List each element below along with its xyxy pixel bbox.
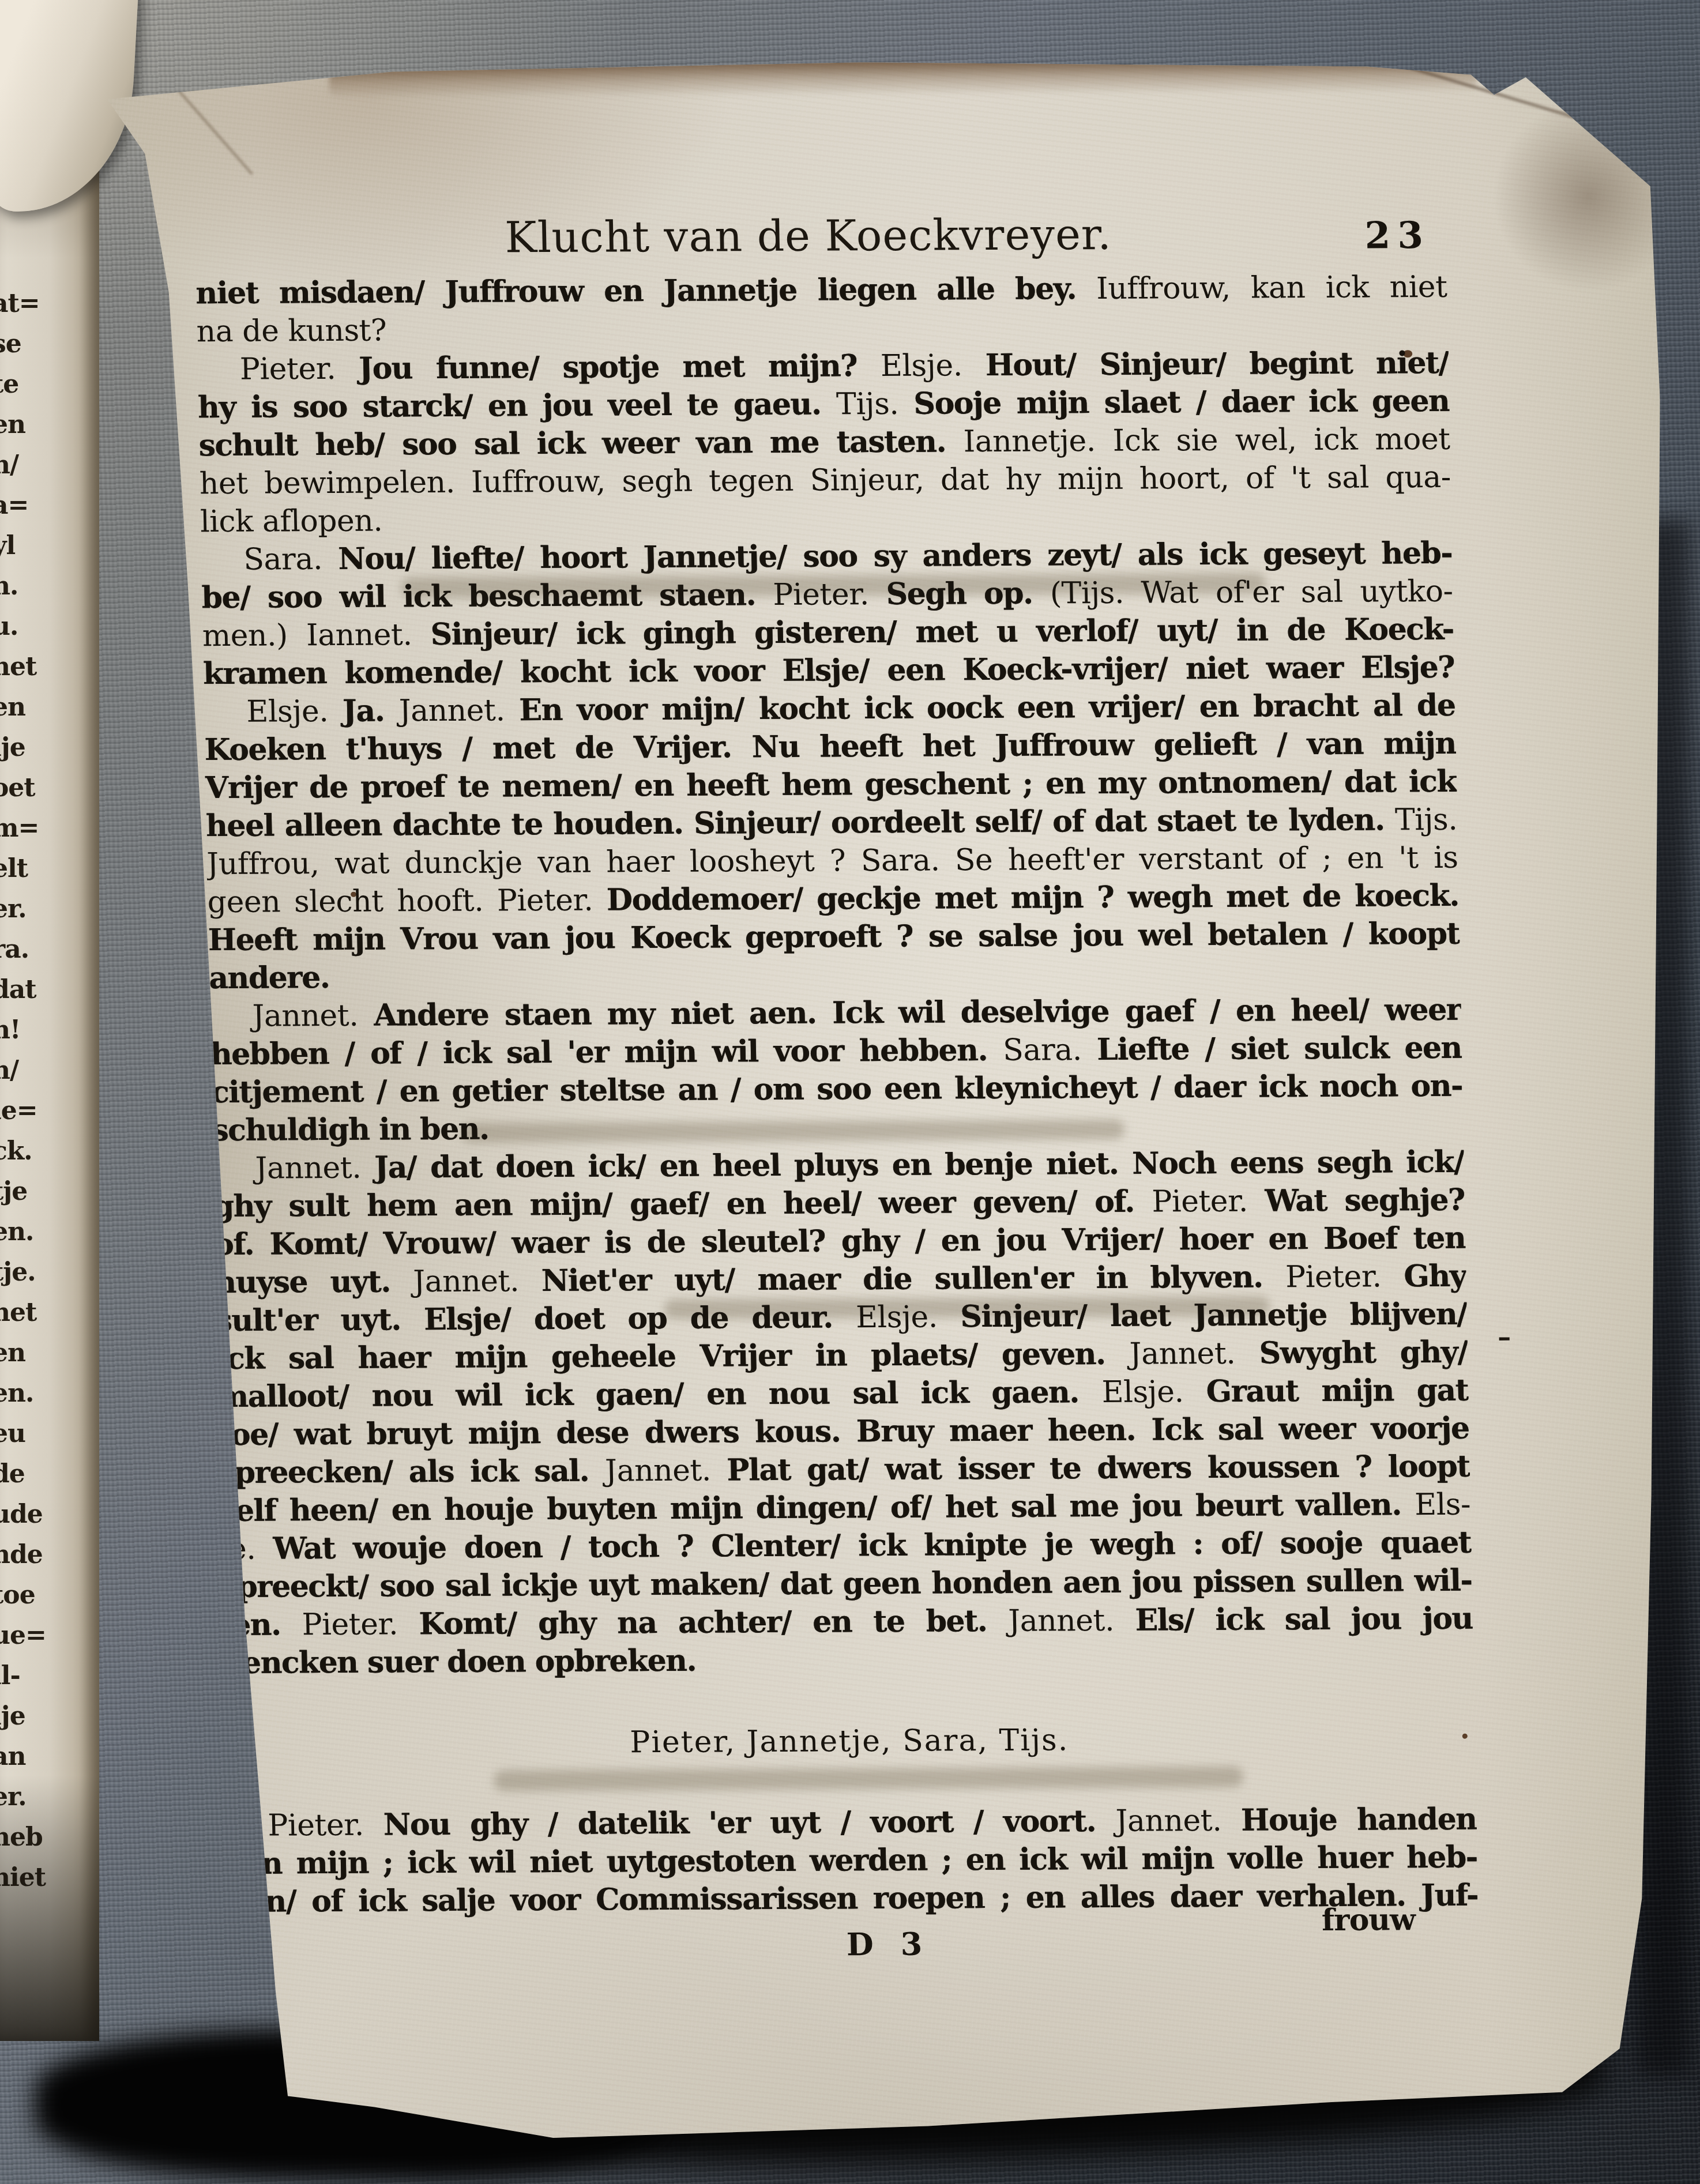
- text-line: kramen komende/ kocht ick voor Elsje/ ee…: [203, 649, 1455, 693]
- final-paragraph: Pieter. Nou ghy / datelik 'er uyt / voor…: [225, 1801, 1479, 1921]
- book-page: – Klucht van de Koeckvreyer. 23 niet mis…: [81, 49, 1677, 2150]
- page-text-block: Klucht van de Koeckvreyer. 23 niet misda…: [194, 212, 1480, 1985]
- roman-segment: Tijs.: [836, 387, 914, 422]
- facing-page-text-fragment: en: [0, 405, 84, 445]
- facing-page-edge: at=seteenn/a=yln.u.hetenljeoetm=elter.ra…: [0, 144, 99, 2041]
- facing-page-text-fragment: ue=: [0, 1616, 84, 1656]
- roman-segment: Elsje.: [246, 694, 343, 729]
- text-line: geen slecht hooft. Pieter. Doddemoer/ ge…: [207, 877, 1459, 921]
- blackletter-segment: niet misdaen/ Juffrouw en Jannetje liege…: [195, 271, 1077, 311]
- roman-segment: Pieter.: [239, 352, 359, 387]
- blackletter-segment: schult heb/ soo sal ick weer van me tast…: [198, 424, 964, 463]
- facing-page-text-fragment: het: [0, 647, 84, 687]
- blackletter-segment: Sinjeur/ laet Jannetje blijven/: [960, 1297, 1467, 1335]
- roman-segment: Pieter.: [1285, 1259, 1404, 1294]
- text-line: self heen/ en houje buyten mijn dingen/ …: [219, 1486, 1470, 1530]
- text-line: Koeken t'huys / met de Vrijer. Nu heeft …: [204, 725, 1456, 769]
- text-line: citjement / en getier steltse an / om so…: [210, 1067, 1462, 1112]
- facing-page-text-fragment: tje.: [0, 1252, 84, 1293]
- roman-segment: Pieter.: [773, 577, 886, 612]
- roman-segment: (Tijs. Wat of'er sal uytko-: [1050, 574, 1453, 611]
- blackletter-segment: dencken suer doen opbreken.: [222, 1643, 697, 1681]
- text-line: Jannet. Ja/ dat doen ick/ en heel pluys …: [212, 1143, 1464, 1188]
- roman-segment: Sara.: [1003, 1033, 1097, 1068]
- text-line: Sara. Nou/ liefte/ hoort Jannetje/ soo s…: [201, 534, 1453, 579]
- blackletter-segment: self heen/ en houje buyten mijn dingen/ …: [219, 1487, 1415, 1528]
- facing-page-text-fragment: en: [0, 687, 84, 728]
- text-line: je. Wat wouje doen / toch ? Clenter/ ick…: [220, 1524, 1472, 1568]
- text-line: men.) Iannet. Sinjeur/ ick gingh gistere…: [202, 611, 1454, 655]
- blackletter-segment: kramen komende/ kocht ick voor Elsje/ ee…: [203, 650, 1455, 691]
- blackletter-segment: Hout/ Sinjeur/ begint niet/: [985, 345, 1449, 383]
- blackletter-segment: Ghy: [1404, 1259, 1466, 1294]
- roman-segment: Jannet.: [1115, 1803, 1242, 1839]
- text-line: dencken suer doen opbreken.: [221, 1638, 1473, 1682]
- blackletter-segment: Wat wouje doen / toch ? Clenter/ ick kni…: [273, 1525, 1472, 1567]
- facing-page-text-fragment: eu: [0, 1414, 84, 1454]
- text-line: Vrijer de proef te nemen/ en heeft hem g…: [205, 763, 1457, 807]
- roman-segment: Elsje.: [880, 348, 986, 383]
- text-line: Elsje. Ja. Jannet. En voor mijn/ kocht i…: [204, 687, 1455, 731]
- text-line: malloot/ nou wil ick gaen/ en nou sal ic…: [217, 1372, 1469, 1416]
- text-line: Jannet. Andere staen my niet aen. Ick wi…: [209, 991, 1461, 1035]
- signature-mark: D 3: [846, 1926, 930, 1963]
- blackletter-segment: of. Komt/ Vrouw/ waer is de sleutel? ghy…: [214, 1221, 1466, 1262]
- blackletter-segment: Doddemoer/ geckje met mijn ? wegh met de…: [606, 878, 1459, 918]
- body-text: niet misdaen/ Juffrouw en Jannetje liege…: [195, 268, 1474, 1682]
- blackletter-segment: Koeken t'huys / met de Vrijer. Nu heeft …: [204, 726, 1456, 767]
- blackletter-segment: schuldigh in ben.: [212, 1112, 489, 1149]
- blackletter-segment: ghy sult hem aen mijn/ gaef/ en heel/ we…: [213, 1184, 1152, 1225]
- blackletter-segment: Sooje mijn slaet / daer ick geen: [913, 383, 1450, 421]
- roman-segment: het bewimpelen. Iuffrouw, segh tegen Sin…: [199, 460, 1451, 501]
- facing-page-text-fragment: heb: [0, 1817, 84, 1858]
- text-line: toe/ wat bruyt mijn dese dwers kous. Bru…: [217, 1410, 1469, 1454]
- margin-mark: –: [1498, 1321, 1511, 1352]
- roman-segment: na de kunst?: [196, 313, 387, 349]
- roman-segment: Jannet.: [1008, 1603, 1135, 1639]
- text-line: heel alleen dachte te houden. Sinjeur/ o…: [206, 801, 1458, 845]
- text-line: ick sal haer mijn geheele Vrijer in plae…: [216, 1334, 1468, 1378]
- text-line: Juffrou, wat dunckje van haer loosheyt ?…: [206, 839, 1458, 883]
- catchword: frouw: [1321, 1902, 1415, 1938]
- blackletter-segment: Wat seghje?: [1265, 1183, 1465, 1219]
- roman-segment: Tijs.: [1394, 803, 1457, 838]
- text-line: hebben / of / ick sal 'er mijn wil voor …: [210, 1029, 1462, 1074]
- roman-segment: Sara.: [243, 542, 339, 577]
- facing-page-text-fragment: ra.: [0, 929, 84, 970]
- blackletter-segment: van mijn ; ick wil niet uytgestoten werd…: [225, 1840, 1477, 1881]
- blackletter-segment: heel alleen dachte te houden. Sinjeur/ o…: [206, 802, 1396, 844]
- roman-segment: Els-: [1415, 1488, 1471, 1523]
- text-line: len. Pieter. Komt/ ghy na achter/ en te …: [221, 1600, 1473, 1644]
- roman-segment: Jannet.: [605, 1453, 727, 1488]
- facing-page-text-fragment: lje: [0, 1696, 84, 1737]
- blackletter-segment: Liefte / siet sulck een: [1097, 1030, 1462, 1067]
- blackletter-segment: En voor mijn/ kocht ick oock een vrijer/…: [519, 688, 1455, 728]
- facing-page-text-fragment: niet: [0, 1858, 84, 1898]
- signature-row: D 3 frouw: [227, 1923, 1480, 1985]
- roman-segment: Pieter.: [302, 1607, 419, 1642]
- roman-segment: Jannet.: [252, 999, 374, 1034]
- facing-page-text-fragment: lje: [0, 728, 84, 768]
- blackletter-segment: Vrijer de proef te nemen/ en heeft hem g…: [205, 764, 1457, 805]
- blackletter-segment: sult'er uyt. Elsje/ doet op de deur.: [215, 1300, 856, 1338]
- facing-page-text-fragment: a=: [0, 485, 84, 526]
- text-line: lick aflopen.: [200, 496, 1451, 541]
- facing-page-text-fragment: se: [0, 324, 84, 364]
- blackletter-segment: hebben / of / ick sal 'er mijn wil voor …: [210, 1033, 1003, 1072]
- roman-segment: Pieter.: [268, 1808, 383, 1843]
- blackletter-segment: spreeckt/ soo sal ickje uyt maken/ dat g…: [220, 1563, 1472, 1605]
- facing-page-text-fragment: n/: [0, 445, 84, 485]
- blackletter-segment: Heeft mijn Vrou van jou Koeck geproeft ?…: [208, 916, 1460, 958]
- blackletter-segment: Swyght ghy/: [1259, 1335, 1468, 1371]
- roman-segment: Juffrou, wat dunckje van haer loosheyt ?…: [206, 841, 1458, 882]
- facing-page-text-fragment: de: [0, 1454, 84, 1494]
- facing-page-text-fragment: at=: [0, 284, 84, 324]
- blackletter-segment: be/ soo wil ick beschaemt staen.: [201, 577, 773, 615]
- blackletter-segment: Houje handen: [1241, 1802, 1477, 1838]
- blackletter-segment: malloot/ nou wil ick gaen/ en nou sal ic…: [217, 1375, 1103, 1414]
- facing-page-text-fragment: m=: [0, 808, 84, 849]
- facing-page-text-fragment: elt: [0, 849, 84, 889]
- blackletter-segment: ick sal haer mijn geheele Vrijer in plae…: [216, 1336, 1130, 1376]
- blackletter-segment: Niet'er uyt/ maer die sullen'er in blyve…: [541, 1259, 1285, 1298]
- blackletter-segment: ben/ of ick salje voor Commissarissen ro…: [226, 1878, 1478, 1919]
- text-line: schult heb/ soo sal ick weer van me tast…: [198, 420, 1450, 465]
- text-line: sult'er uyt. Elsje/ doet op de deur. Els…: [215, 1296, 1467, 1340]
- blackletter-segment: Nou/ liefte/ hoort Jannetje/ soo sy ande…: [338, 536, 1453, 577]
- blackletter-segment: citjement / en getier steltse an / om so…: [211, 1068, 1463, 1110]
- text-line: spreecken/ als ick sal. Jannet. Plat gat…: [218, 1448, 1470, 1492]
- text-line: huyse uyt. Jannet. Niet'er uyt/ maer die…: [215, 1257, 1466, 1302]
- facing-page-text-fragment: oet: [0, 768, 84, 808]
- facing-page-text-fragment: n/: [0, 1050, 84, 1091]
- text-line: van mijn ; ick wil niet uytgestoten werd…: [225, 1839, 1477, 1883]
- blackletter-segment: Segh op.: [886, 575, 1050, 611]
- facing-page-text-fragment: ude: [0, 1494, 84, 1535]
- facing-page-text-fragment: en.: [0, 1212, 84, 1252]
- text-line: niet misdaen/ Juffrouw en Jannetje liege…: [195, 268, 1447, 312]
- blackletter-segment: Komt/ ghy na achter/ en te bet.: [419, 1603, 1009, 1641]
- text-line: Pieter. Jou funne/ spotje met mijn? Elsj…: [197, 344, 1449, 389]
- roman-segment: Jannet.: [255, 1151, 375, 1186]
- facing-page-text-fragment: er.: [0, 889, 84, 929]
- scene-heading: Pieter, Jannetje, Sara, Tijs.: [223, 1721, 1475, 1765]
- text-line: ben/ of ick salje voor Commissarissen ro…: [226, 1877, 1478, 1921]
- blackletter-segment: Graut mijn gat: [1206, 1373, 1469, 1409]
- facing-page-text-fragment: toe: [0, 1575, 84, 1616]
- roman-segment: Jannet.: [413, 1264, 542, 1299]
- text-line: ghy sult hem aen mijn/ gaef/ en heel/ we…: [213, 1181, 1465, 1226]
- facing-page-text-fragments: at=seteenn/a=yln.u.hetenljeoetm=elter.ra…: [0, 144, 84, 1898]
- text-line: spreeckt/ soo sal ickje uyt maken/ dat g…: [220, 1562, 1472, 1606]
- blackletter-segment: huyse uyt.: [215, 1264, 413, 1300]
- text-line: andere.: [209, 953, 1461, 997]
- blackletter-segment: Andere staen my niet aen. Ick wil deselv…: [374, 992, 1462, 1033]
- roman-segment: Iuffrouw, kan ick niet: [1075, 270, 1447, 306]
- text-line: hy is soo starck/ en jou veel te gaeu. T…: [198, 382, 1450, 427]
- facing-page-text-fragment: il-: [0, 1656, 84, 1696]
- roman-segment: Elsje.: [855, 1300, 961, 1335]
- roman-segment: Elsje.: [1101, 1375, 1206, 1410]
- facing-page-text-fragment: ie=: [0, 1091, 84, 1131]
- roman-segment: geen slecht hooft. Pieter.: [207, 883, 607, 920]
- facing-page-text-fragment: n.: [0, 566, 84, 607]
- blackletter-segment: spreecken/ als ick sal.: [218, 1453, 605, 1490]
- facing-page-text-fragment: en: [0, 1333, 84, 1373]
- blackletter-segment: andere.: [209, 960, 330, 996]
- roman-segment: lick aflopen.: [200, 503, 383, 539]
- roman-segment: Pieter.: [1152, 1184, 1265, 1219]
- roman-segment: Jannet.: [398, 693, 520, 728]
- blackletter-segment: Nou ghy / datelik 'er uyt / voort / voor…: [383, 1803, 1116, 1843]
- blackletter-segment: Jou funne/ spotje met mijn?: [359, 348, 881, 386]
- page-number: 23: [1364, 214, 1431, 258]
- facing-page-text-fragment: dat: [0, 970, 84, 1010]
- blackletter-segment: Plat gat/ wat isser te dwers koussen ? l…: [727, 1449, 1470, 1488]
- facing-page-text-fragment: nde: [0, 1535, 84, 1575]
- blackletter-segment: toe/ wat bruyt mijn dese dwers kous. Bru…: [217, 1411, 1469, 1452]
- blackletter-segment: Sinjeur/ ick gingh gisteren/ met u verlo…: [430, 612, 1454, 652]
- text-line: Heeft mijn Vrou van jou Koeck geproeft ?…: [208, 915, 1460, 959]
- blackletter-segment: hy is soo starck/ en jou veel te gaeu.: [198, 386, 837, 425]
- facing-page-text-fragment: an: [0, 1737, 84, 1777]
- running-title: Klucht van de Koeckvreyer.: [505, 210, 1112, 263]
- text-line: schuldigh in ben.: [212, 1105, 1464, 1150]
- roman-segment: men.) Iannet.: [202, 617, 431, 653]
- roman-segment: Jannet.: [1129, 1336, 1259, 1372]
- running-header: Klucht van de Koeckvreyer. 23: [194, 212, 1447, 274]
- roman-segment: Iannetje. Ick sie wel, ick moet: [963, 422, 1450, 459]
- text-line: be/ soo wil ick beschaemt staen. Pieter.…: [201, 573, 1453, 617]
- text-line: of. Komt/ Vrouw/ waer is de sleutel? ghy…: [214, 1219, 1466, 1264]
- facing-page-text-fragment: er.: [0, 1777, 84, 1817]
- facing-page-text-fragment: yl: [0, 526, 84, 566]
- facing-page-text-fragment: het: [0, 1293, 84, 1333]
- text-line: na de kunst?: [196, 306, 1448, 351]
- blackletter-segment: Ja.: [343, 693, 400, 729]
- facing-page-text-fragment: n!: [0, 1010, 84, 1050]
- text-line: Pieter. Nou ghy / datelik 'er uyt / voor…: [225, 1801, 1477, 1845]
- facing-page-text-fragment: tje: [0, 1172, 84, 1212]
- facing-page-text-fragment: te: [0, 364, 84, 405]
- facing-page-text-fragment: u.: [0, 607, 84, 647]
- facing-page-text-fragment: ck.: [0, 1131, 84, 1172]
- blackletter-segment: Els/ ick sal jou jou: [1135, 1601, 1473, 1638]
- facing-page-text-fragment: en.: [0, 1373, 84, 1414]
- blackletter-segment: Ja/ dat doen ick/ en heel pluys en benje…: [374, 1144, 1464, 1185]
- text-line: het bewimpelen. Iuffrouw, segh tegen Sin…: [199, 458, 1451, 503]
